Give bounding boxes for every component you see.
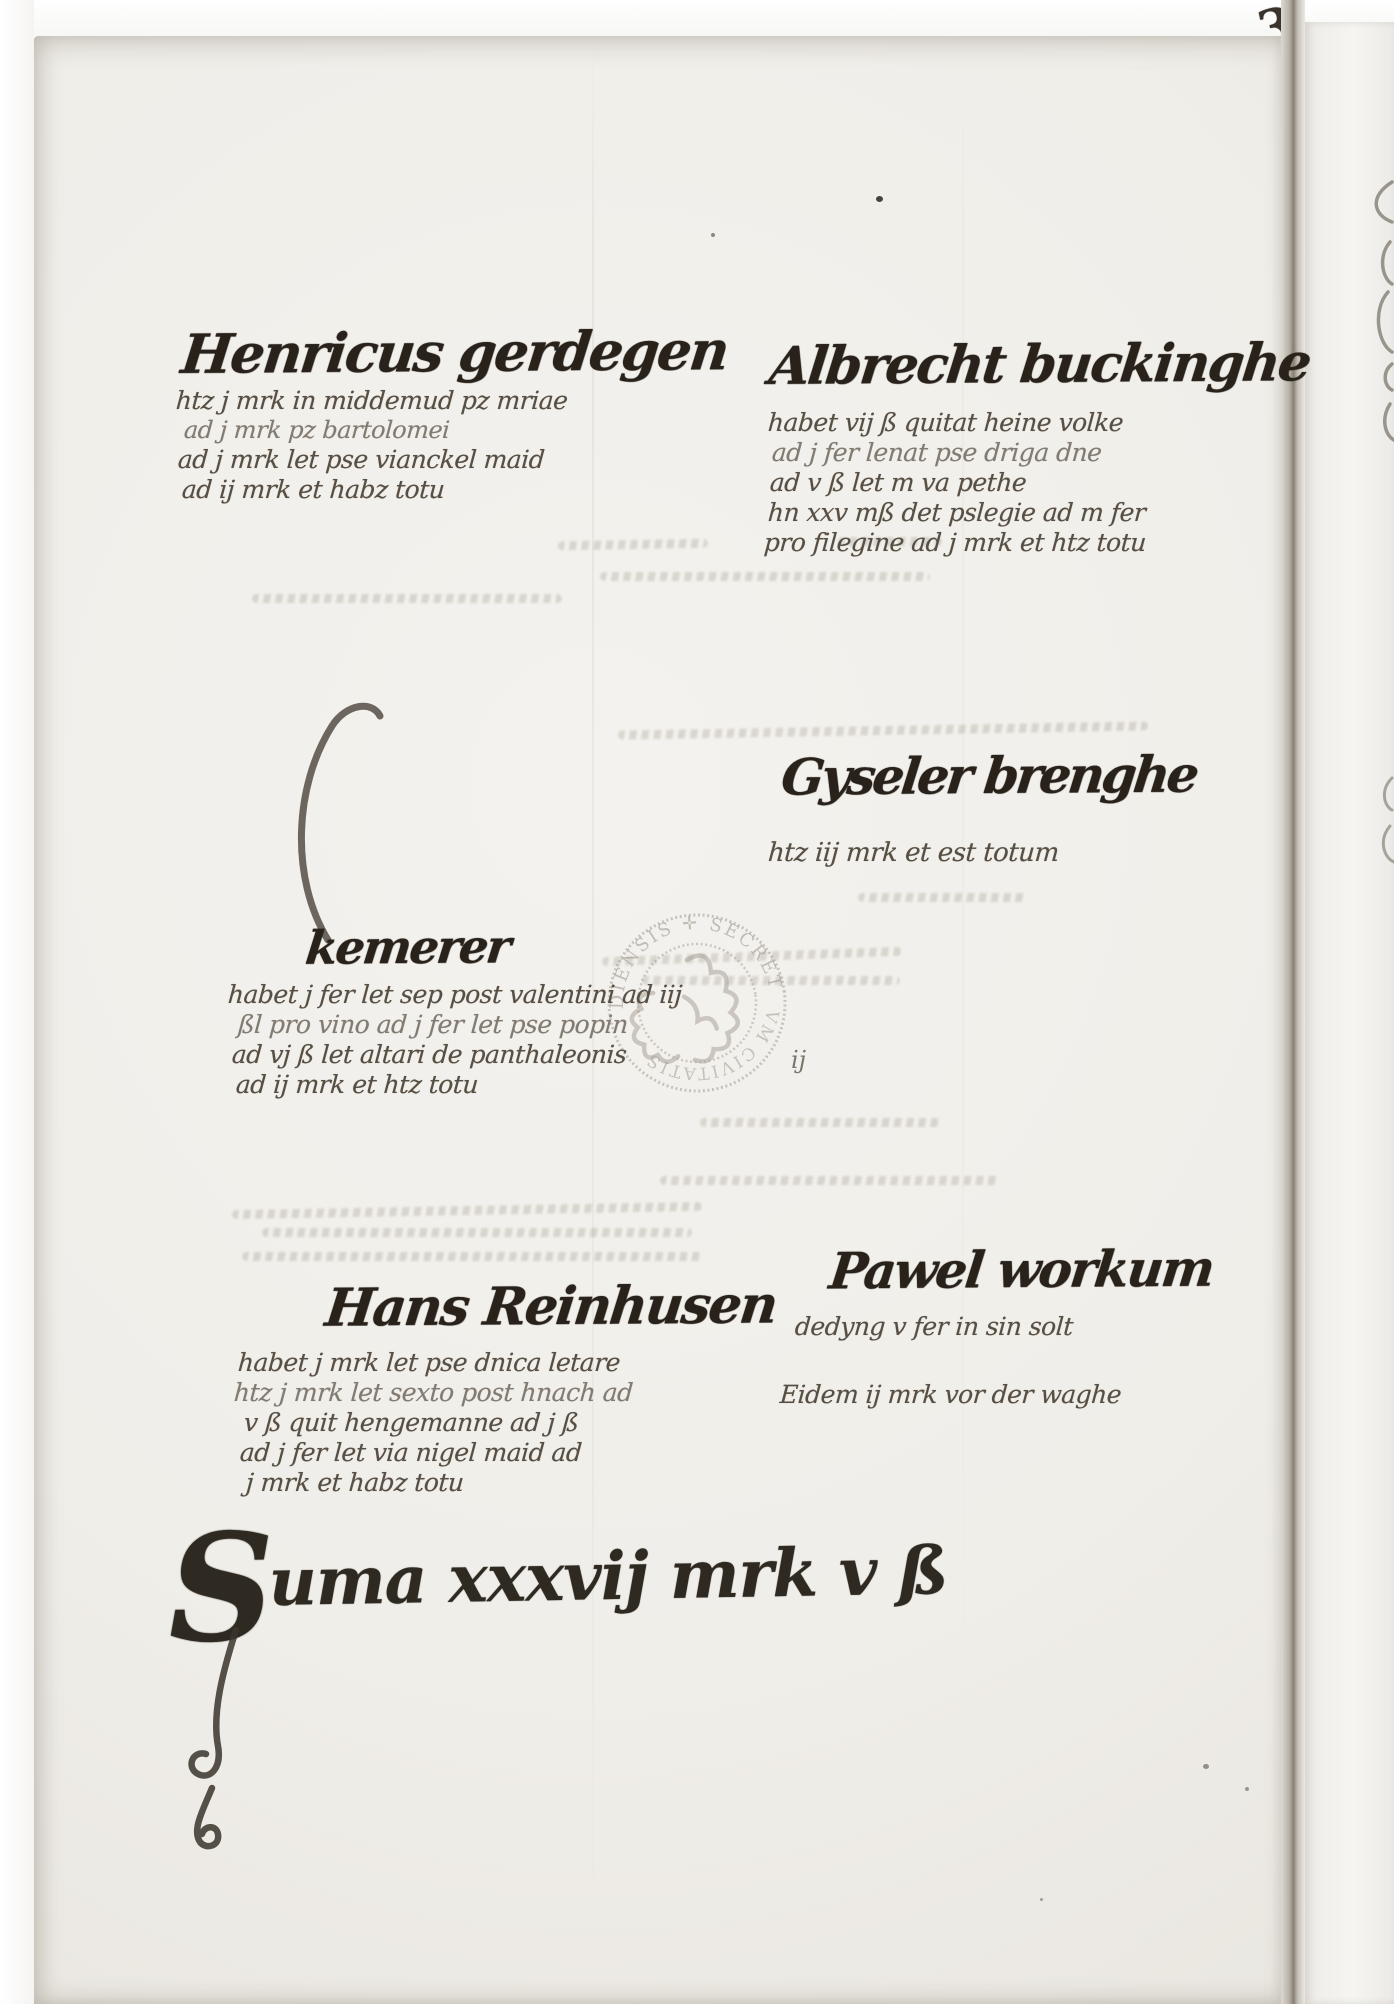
entry-body-albrecht-buckinghe: habet vij ß quitat heine volke ad j fer … — [768, 408, 1146, 558]
entry-line: j mrk et habz totu — [245, 1468, 634, 1497]
entry-line: ad vj ß let altari de panthaleonis — [231, 1040, 683, 1069]
bleed-through-text — [660, 1176, 1000, 1185]
entry-line: dedyng v fer in sin solt — [794, 1312, 1074, 1341]
scanner-background-top — [0, 0, 1394, 36]
entry-line: habet vij ß quitat heine volke — [767, 408, 1147, 437]
ink-speck — [1040, 1898, 1043, 1901]
entry-heading-henricus-gerdegen: Henricus gerdegen — [178, 318, 731, 386]
entry-line: htz j mrk let sexto post hnach ad — [233, 1378, 634, 1407]
fold-crease-2 — [962, 60, 964, 1760]
entry-heading-albrecht-buckinghe: Albrecht buckinghe — [766, 332, 1313, 397]
entry-line: Eidem ij mrk vor der waghe — [779, 1380, 1122, 1409]
entry-line: ad ij mrk et habz totu — [181, 475, 569, 504]
entry-line: ad j mrk pz bartolomei — [183, 416, 568, 444]
annotation-ij-mark: ij — [791, 1046, 806, 1074]
scanner-background-left — [0, 0, 34, 2004]
ink-speck — [876, 196, 883, 202]
entry-line: ad v ß let m va pethe — [769, 468, 1147, 497]
bleed-through-text — [242, 1252, 702, 1261]
summa-line: Suma xxxvij mrk v ß — [167, 1525, 948, 1639]
entry-line: pro filegine ad j mrk et htz totu — [763, 528, 1147, 557]
entry-line: ßl pro vino ad j fer let pse popin — [237, 1010, 683, 1039]
entry-line: htz iij mrk et est totum — [767, 838, 1060, 868]
ink-speck — [1203, 1764, 1209, 1769]
bleed-through-text — [262, 1228, 692, 1237]
bleed-through-text — [600, 572, 930, 581]
summa-descender-flourish — [172, 1628, 302, 1858]
entry-body-hans-reinhusen: habet j mrk let pse dnica letare htz j m… — [238, 1348, 633, 1498]
entry-line: ad j mrk let pse vianckel maid — [177, 445, 569, 474]
entry-heading-pawel-workum: Pawel workum — [826, 1239, 1216, 1301]
entry-heading-hans-reinhusen: Hans Reinhusen — [322, 1274, 779, 1338]
next-folio-cutoff-writing-2 — [1364, 770, 1394, 870]
bleed-through-text — [858, 893, 1028, 902]
bleed-through-text — [252, 594, 562, 603]
entry-heading-kemerer: kemerer — [303, 919, 512, 974]
entry-line: habet j mrk let pse dnica letare — [237, 1348, 634, 1377]
page-gutter-shadow — [1281, 0, 1305, 2004]
kemerer-ascender-flourish — [278, 686, 398, 946]
entry-line: habet j fer let sep post valentini ad ii… — [227, 980, 683, 1009]
entry-body-henricus-gerdegen: htz j mrk in middemud pz mriae ad j mrk … — [176, 386, 568, 505]
entry-line: hn xxv mß det pslegie ad m fer — [767, 498, 1147, 527]
entry-body-gyseler-brenghe: htz iij mrk et est totum — [768, 838, 1059, 869]
entry-line: ad ij mrk et htz totu — [235, 1070, 683, 1099]
entry-line: htz j mrk in middemud pz mriae — [175, 386, 569, 415]
entry-heading-gyseler-brenghe: Gyseler brenghe — [778, 745, 1199, 807]
summa-text: uma xxxvij mrk v ß — [268, 1531, 948, 1621]
bleed-through-text — [700, 1118, 940, 1127]
next-folio-cutoff-writing — [1350, 170, 1394, 470]
ink-speck — [711, 233, 715, 237]
entry-line: ad j fer lenat pse driga dne — [771, 438, 1147, 467]
entry-body-kemerer: habet j fer let sep post valentini ad ii… — [228, 980, 682, 1100]
ink-speck — [1245, 1787, 1249, 1791]
entry-line: ad j fer let via nigel maid ad — [239, 1438, 634, 1467]
entry-line: v ß quit hengemanne ad j ß — [243, 1408, 634, 1437]
